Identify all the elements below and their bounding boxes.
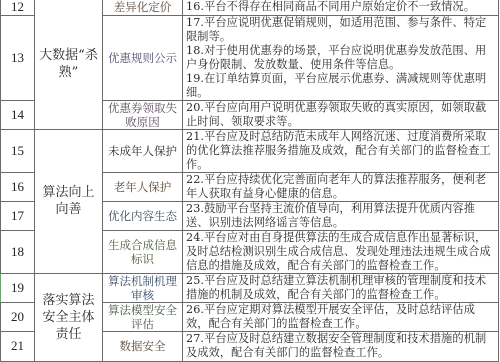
subcategory-cell: 老年人保护 — [103, 172, 183, 201]
description-cell: 24.平台应对由自身提供算法的生成合成信息作出显著标识，及时总结检测识别生成合成… — [183, 230, 499, 273]
description-cell: 23.鼓励平台坚持主流价值导向，利用算法提升优质内容推送、识别违法网络谣言等信息… — [183, 201, 499, 230]
description-cell: 26.平台应定期对算法模型开展安全评估，及时总结评估成效，配合有关部门的监督检查… — [183, 302, 499, 325]
category-cell: 大数据“杀熟” — [35, 0, 103, 129]
subcategory-cell: 未成年人保护 — [103, 129, 183, 172]
regulation-table: 12 大数据“杀熟” 差异化定价 16.平台不得存在相同商品不同用户原始定价不一… — [0, 0, 499, 325]
description-cell: 17.平台应说明优惠促销规则，如适用范围、参与条件、特定限制等。 18.对于使用… — [183, 15, 499, 100]
subcategory-cell: 算法机制机理审核 — [103, 273, 183, 302]
table-row: 19 落实算法安全主体责任 算法机制机理审核 25.平台应及时总结建立算法机制机… — [1, 273, 499, 302]
subcategory-cell: 优惠规则公示 — [103, 15, 183, 100]
description-cell: 25.平台应及时总结建立算法机制机理审核的管理制度和技术措施的机制及成效，配合有… — [183, 273, 499, 302]
category-cell: 算法向上向善 — [35, 129, 103, 273]
row-number: 19 — [1, 273, 35, 302]
description-cell: 20.平台应向用户说明优惠券领取失败的真实原因，如领取截止时间、领取要求等。 — [183, 100, 499, 129]
subcategory-cell: 差异化定价 — [103, 0, 183, 15]
subcategory-cell: 优化内容生态 — [103, 201, 183, 230]
row-number: 20 — [1, 302, 35, 325]
row-number: 17 — [1, 201, 35, 230]
description-cell: 22.平台应持续优化完善面向老年人的算法推荐服务，便利老年人获取有益身心健康的信… — [183, 172, 499, 201]
description-cell: 16.平台不得存在相同商品不同用户原始定价不一致情况。 — [183, 0, 499, 15]
table-row: 15 算法向上向善 未成年人保护 21.平台应及时总结防范未成年人网络沉迷、过度… — [1, 129, 499, 172]
row-number: 15 — [1, 129, 35, 172]
row-number: 13 — [1, 15, 35, 100]
subcategory-cell: 算法模型安全评估 — [103, 302, 183, 325]
row-number: 12 — [1, 0, 35, 15]
description-cell: 21.平台应及时总结防范未成年人网络沉迷、过度消费所采取的优化算法推荐服务措施及… — [183, 129, 499, 172]
row-number: 18 — [1, 230, 35, 273]
subcategory-cell: 生成合成信息标识 — [103, 230, 183, 273]
table-row: 12 大数据“杀熟” 差异化定价 16.平台不得存在相同商品不同用户原始定价不一… — [1, 0, 499, 15]
row-number: 16 — [1, 172, 35, 201]
row-number: 14 — [1, 100, 35, 129]
subcategory-cell: 优惠券领取失败原因 — [103, 100, 183, 129]
category-cell: 落实算法安全主体责任 — [35, 273, 103, 325]
